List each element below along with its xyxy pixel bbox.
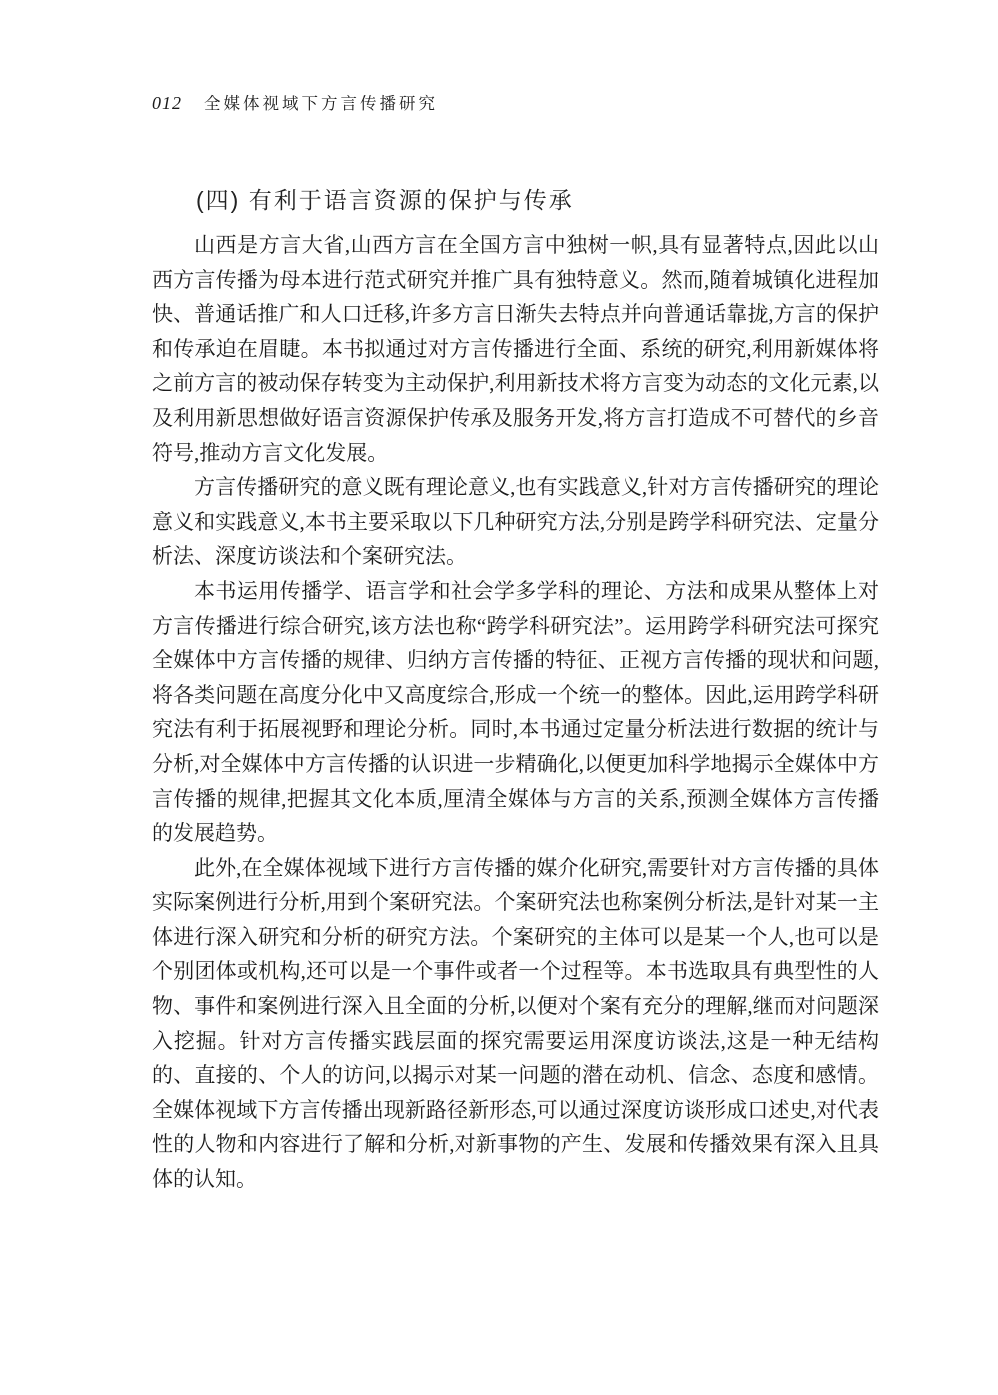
paragraph-3: 本书运用传播学、语言学和社会学多学科的理论、方法和成果从整体上对方言传播进行综合… <box>152 574 879 851</box>
paragraph-4: 此外,在全媒体视域下进行方言传播的媒介化研究,需要针对方言传播的具体实际案例进行… <box>152 851 879 1197</box>
running-header: 012 全媒体视域下方言传播研究 <box>152 90 438 114</box>
body-text: 山西是方言大省,山西方言在全国方言中独树一帜,具有显著特点,因此以山西方言传播为… <box>152 228 879 1197</box>
running-book-title: 全媒体视域下方言传播研究 <box>204 90 438 114</box>
paragraph-2: 方言传播研究的意义既有理论意义,也有实践意义,针对方言传播研究的理论意义和实践意… <box>152 470 879 574</box>
page-number: 012 <box>152 93 182 114</box>
section-heading: (四) 有利于语言资源的保护与传承 <box>196 182 574 215</box>
book-page: 012 全媒体视域下方言传播研究 (四) 有利于语言资源的保护与传承 山西是方言… <box>0 0 998 1395</box>
paragraph-1: 山西是方言大省,山西方言在全国方言中独树一帜,具有显著特点,因此以山西方言传播为… <box>152 228 879 470</box>
